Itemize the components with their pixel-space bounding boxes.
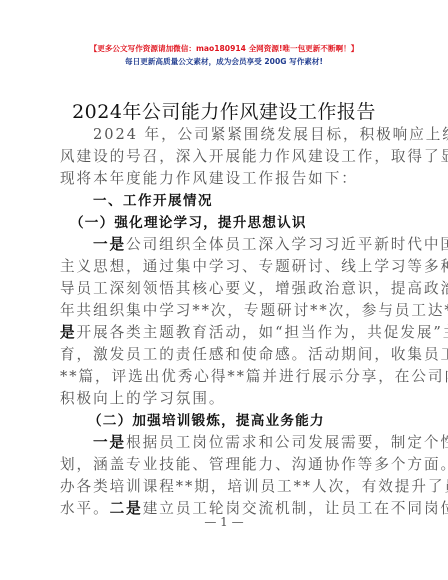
subsection-heading-1: （一）强化理论学习，提升思想认识 — [70, 214, 402, 232]
subsection-heading-2: （二）加强培训锻炼，提高业务能力 — [88, 412, 420, 430]
body-line: 主义思想，通过集中学习、专题研讨、线上学习等多种形式，引 — [60, 258, 392, 276]
body-line: 现将本年度能力作风建设工作报告如下： — [60, 170, 392, 188]
body-line: 是开展各类主题教育活动，如“担当作为，共促发展”主题教 — [60, 324, 392, 342]
line-text: 导员工深刻领悟其核心要义，增强政治意识，提高政治站位。全 — [60, 280, 448, 297]
promo-banner-line-1: 【更多公文写作资源请加微信：mao180914 全网资源!唯一包更新不断啊！】 — [0, 43, 448, 54]
line-text: 主义思想，通过集中学习、专题研讨、线上学习等多种形式，引 — [60, 258, 448, 275]
line-text: 办各类培训课程**期，培训员工**人次，有效提升了员工的业务 — [60, 478, 448, 495]
bold-lead: 是 — [60, 324, 77, 341]
promo-banner-line-2: 每日更新高质量公文素材，成为会员享受 200G 写作素材! — [0, 56, 448, 67]
line-text: 公司组织全体员工深入学习习近平新时代中国特色社会 — [126, 236, 448, 253]
body-line: 积极向上的学习氛围。 — [60, 390, 392, 408]
body-line: 办各类培训课程**期，培训员工**人次，有效提升了员工的业务 — [60, 478, 392, 496]
heading-text: （二）加强培训锻炼，提高业务能力 — [88, 413, 325, 429]
body-line: 风建设的号召，深入开展能力作风建设工作，取得了显著成效。 — [60, 148, 392, 166]
line-text: 年共组织集中学习**次，专题研讨**次，参与员工达**人次。 — [60, 302, 448, 319]
line-text: 2024 年，公司紧紧围绕发展目标，积极响应上级关于能力作 — [93, 126, 448, 143]
body-line: **篇，评选出优秀心得**篇并进行展示分享，在公司内部营造了 — [60, 368, 392, 386]
body-line: 导员工深刻领悟其核心要义，增强政治意识，提高政治站位。全 — [60, 280, 392, 298]
bold-lead: 一是 — [93, 236, 126, 253]
document-title: 2024年公司能力作风建设工作报告 — [0, 97, 448, 124]
line-text: 根据员工岗位需求和公司发展需要，制定个性化培训计 — [126, 434, 448, 451]
line-text: 积极向上的学习氛围。 — [60, 390, 225, 407]
body-line: 育，激发员工的责任感和使命感。活动期间，收集员工心得体会 — [60, 346, 392, 364]
line-text: **篇，评选出优秀心得**篇并进行展示分享，在公司内部营造了 — [60, 368, 448, 385]
body-line: 年共组织集中学习**次，专题研讨**次，参与员工达**人次。二 — [60, 302, 392, 320]
body-line: 划，涵盖专业技能、管理能力、沟通协作等多个方面。全年共举 — [60, 456, 392, 474]
line-text: 育，激发员工的责任感和使命感。活动期间，收集员工心得体会 — [60, 346, 448, 363]
heading-text: 一、工作开展情况 — [93, 193, 213, 209]
section-heading-1: 一、工作开展情况 — [93, 192, 392, 210]
line-text: 风建设的号召，深入开展能力作风建设工作，取得了显著成效。 — [60, 148, 448, 165]
page-number: — 1 — — [0, 515, 448, 529]
body-line: 一是公司组织全体员工深入学习习近平新时代中国特色社会 — [93, 236, 392, 254]
line-text: 划，涵盖专业技能、管理能力、沟通协作等多个方面。全年共举 — [60, 456, 448, 473]
body-line: 2024 年，公司紧紧围绕发展目标，积极响应上级关于能力作 — [93, 126, 392, 144]
document-page: 【更多公文写作资源请加微信：mao180914 全网资源!唯一包更新不断啊！】 … — [0, 0, 448, 580]
body-line: 一是根据员工岗位需求和公司发展需要，制定个性化培训计 — [93, 434, 392, 452]
bold-lead: 一是 — [93, 434, 126, 451]
heading-text: （一）强化理论学习，提升思想认识 — [70, 215, 307, 231]
line-text: 现将本年度能力作风建设工作报告如下： — [60, 170, 358, 187]
line-text: 开展各类主题教育活动，如“担当作为，共促发展”主题教 — [77, 324, 448, 341]
